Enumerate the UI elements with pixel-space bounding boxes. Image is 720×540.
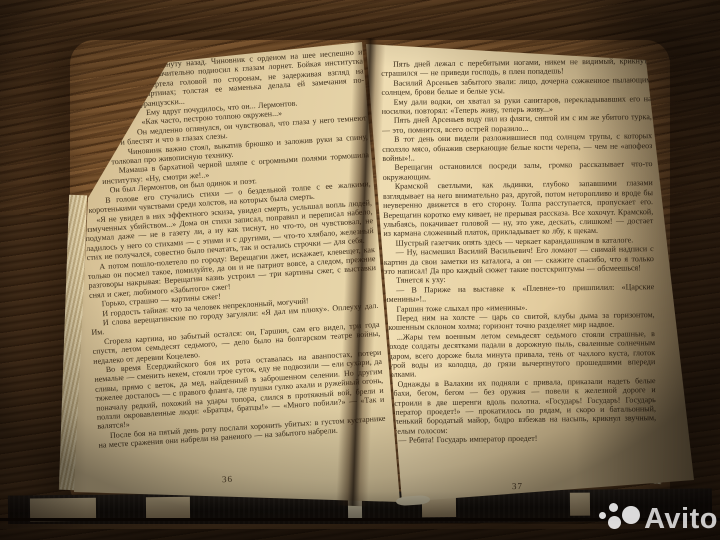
page-edge-tab [146,497,190,520]
paragraph: Однажды в Валахии их подняли с привала, … [385,376,656,436]
paragraph: Крамской светлыми, как льдинки, глубоко … [383,178,654,238]
book-photo: минуту назад. Чиновник с орденом на шее … [0,0,720,540]
avito-logo-dot [608,516,621,529]
avito-logo-dots [599,502,641,536]
paragraph: — Ну, насмешил Василий Васильевич! Его л… [384,244,654,276]
page-edge-tab [570,493,590,516]
avito-watermark: Avito [599,502,718,536]
avito-logo-dot [599,512,606,519]
page-number-37: 37 [512,481,523,491]
paragraph: ...Жары тем военным летом семьдесят седь… [385,329,656,380]
avito-logo-dot [622,506,640,524]
paragraph: В тот день они видели разложившиеся под … [382,131,652,163]
page-number-36: 36 [222,474,233,484]
avito-logo-text: Avito [644,502,718,536]
page-37-text: Пять дней лежал с перебитыми ногами, ник… [381,56,657,488]
avito-logo-dot [609,503,618,512]
